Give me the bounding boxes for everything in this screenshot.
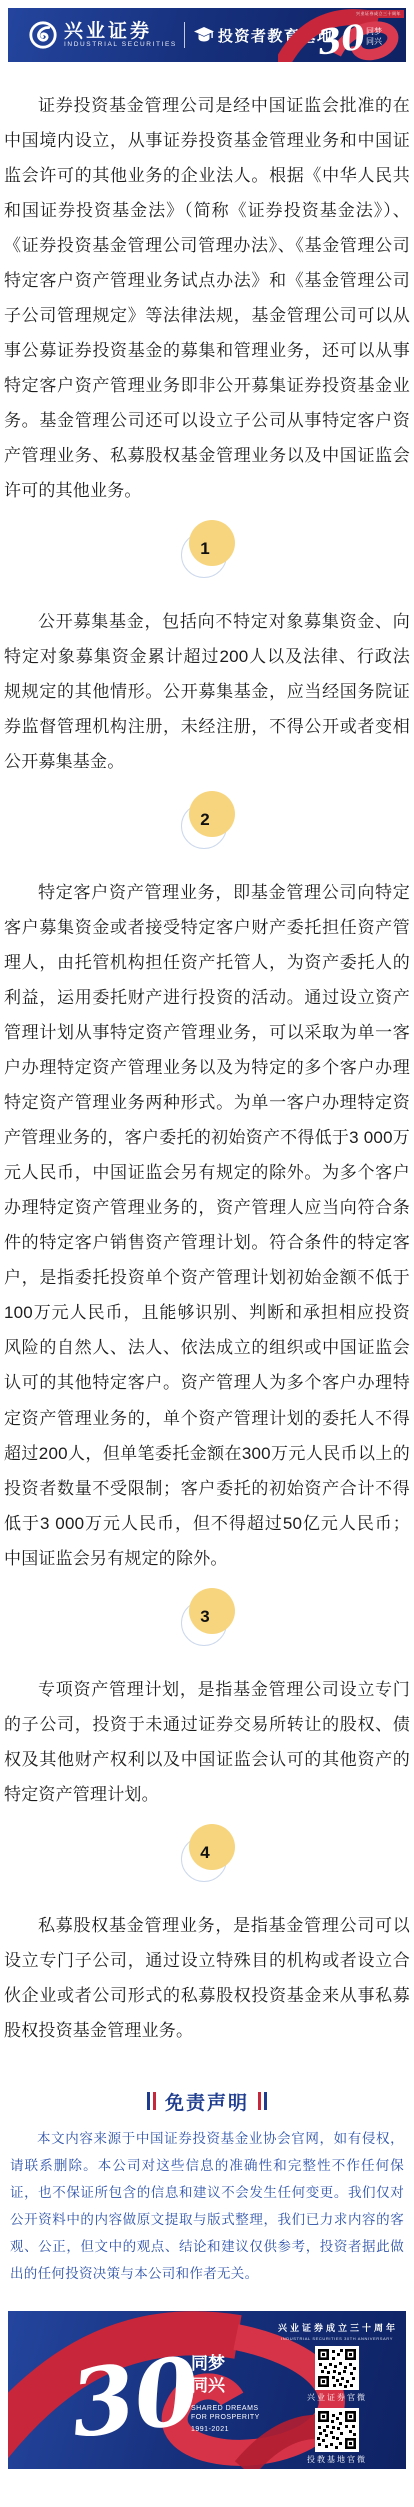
section-number-badge-3: 3 xyxy=(179,1588,235,1646)
footer-motto-1: 同梦 xyxy=(191,2353,225,2373)
footer-anniversary-text: 兴业证券成立三十周年 xyxy=(278,2321,396,2334)
header-banner: 兴业证券 INDUSTRIAL SECURITIES 投资者教育基地 30 同梦… xyxy=(8,8,406,62)
qr-code-education-base-icon xyxy=(315,2408,359,2452)
title-bars-right xyxy=(258,2092,267,2110)
disclaimer-title-text: 免责声明 xyxy=(165,2088,249,2115)
section-paragraph-2: 特定客户资产管理业务，即基金管理公司向特定客户募集资金或者接受特定客户财产委托担… xyxy=(4,875,410,1575)
footer-years: 1991-2021 xyxy=(191,2426,229,2433)
section-number-badge-4: 4 xyxy=(179,1824,235,1882)
section-paragraph-1: 公开募集基金，包括向不特定对象募集资金、向特定对象募集资金累计超过200人以及法… xyxy=(4,604,410,779)
footer-slogan-2: FOR PROSPERITY xyxy=(191,2414,260,2421)
footer-anniversary-text-en: INDUSTRIAL SECURITIES 30TH ANNIVERSARY xyxy=(278,2336,396,2341)
badge-number: 4 xyxy=(179,1843,231,1863)
footer-banner: 30 同梦 同兴 SHARED DREAMS FOR PROSPERITY 19… xyxy=(8,2311,406,2469)
mini-motto-2: 同兴 xyxy=(366,37,383,46)
badge-number: 3 xyxy=(179,1607,231,1627)
mini-motto-1: 同梦 xyxy=(366,26,382,36)
qr-label-2: 投教基地官微 xyxy=(278,2454,396,2465)
qr-label-1: 兴业证券官微 xyxy=(278,2392,396,2403)
article-content: 证券投资基金管理公司是经中国证监会批准的在中国境内设立，从事证券投资基金管理业务… xyxy=(0,88,414,2287)
intro-paragraph: 证券投资基金管理公司是经中国证监会批准的在中国境内设立，从事证券投资基金管理业务… xyxy=(4,88,410,508)
disclaimer-text: 本文内容来源于中国证券投资基金业协会官网，如有侵权，请联系删除。本公司对这些信息… xyxy=(4,2125,410,2287)
footer-right-column: 兴业证券成立三十周年 INDUSTRIAL SECURITIES 30TH AN… xyxy=(278,2321,396,2465)
footer-slogan-1: SHARED DREAMS xyxy=(191,2405,259,2412)
section-paragraph-4: 私募股权基金管理业务，是指基金管理公司可以设立专门子公司，通过设立特殊目的机构或… xyxy=(4,1908,410,2048)
header-divider xyxy=(184,22,185,48)
graduation-cap-icon xyxy=(194,27,214,43)
brand-name: 兴业证券 xyxy=(64,22,177,42)
disclaimer-title: 免责声明 xyxy=(4,2088,410,2115)
anniversary-30-logo: 30 xyxy=(65,2336,205,2459)
brand-text: 兴业证券 INDUSTRIAL SECURITIES xyxy=(64,22,177,49)
section-number-badge-2: 2 xyxy=(179,791,235,849)
title-bars-left xyxy=(147,2092,156,2110)
brand-block: 兴业证券 INDUSTRIAL SECURITIES xyxy=(28,20,177,50)
badge-number: 1 xyxy=(179,539,231,559)
mini-30-logo: 30 xyxy=(315,17,368,62)
qr-code-official-wechat-icon xyxy=(315,2346,359,2390)
brand-logo-icon xyxy=(28,20,58,50)
section-paragraph-3: 专项资产管理计划，是指基金管理公司设立专门的子公司，投资于未通过证券交易所转让的… xyxy=(4,1672,410,1812)
anniversary-mini-banner: 30 同梦 同兴 兴业证券成立三十周年 xyxy=(278,8,406,62)
footer-motto-2: 同兴 xyxy=(191,2376,226,2395)
section-number-badge-1: 1 xyxy=(179,520,235,578)
article-page: 兴业证券 INDUSTRIAL SECURITIES 投资者教育基地 30 同梦… xyxy=(0,0,414,2507)
brand-name-en: INDUSTRIAL SECURITIES xyxy=(64,41,177,48)
badge-number: 2 xyxy=(179,810,231,830)
anniversary-badge: 兴业证券成立三十周年 xyxy=(353,10,404,18)
